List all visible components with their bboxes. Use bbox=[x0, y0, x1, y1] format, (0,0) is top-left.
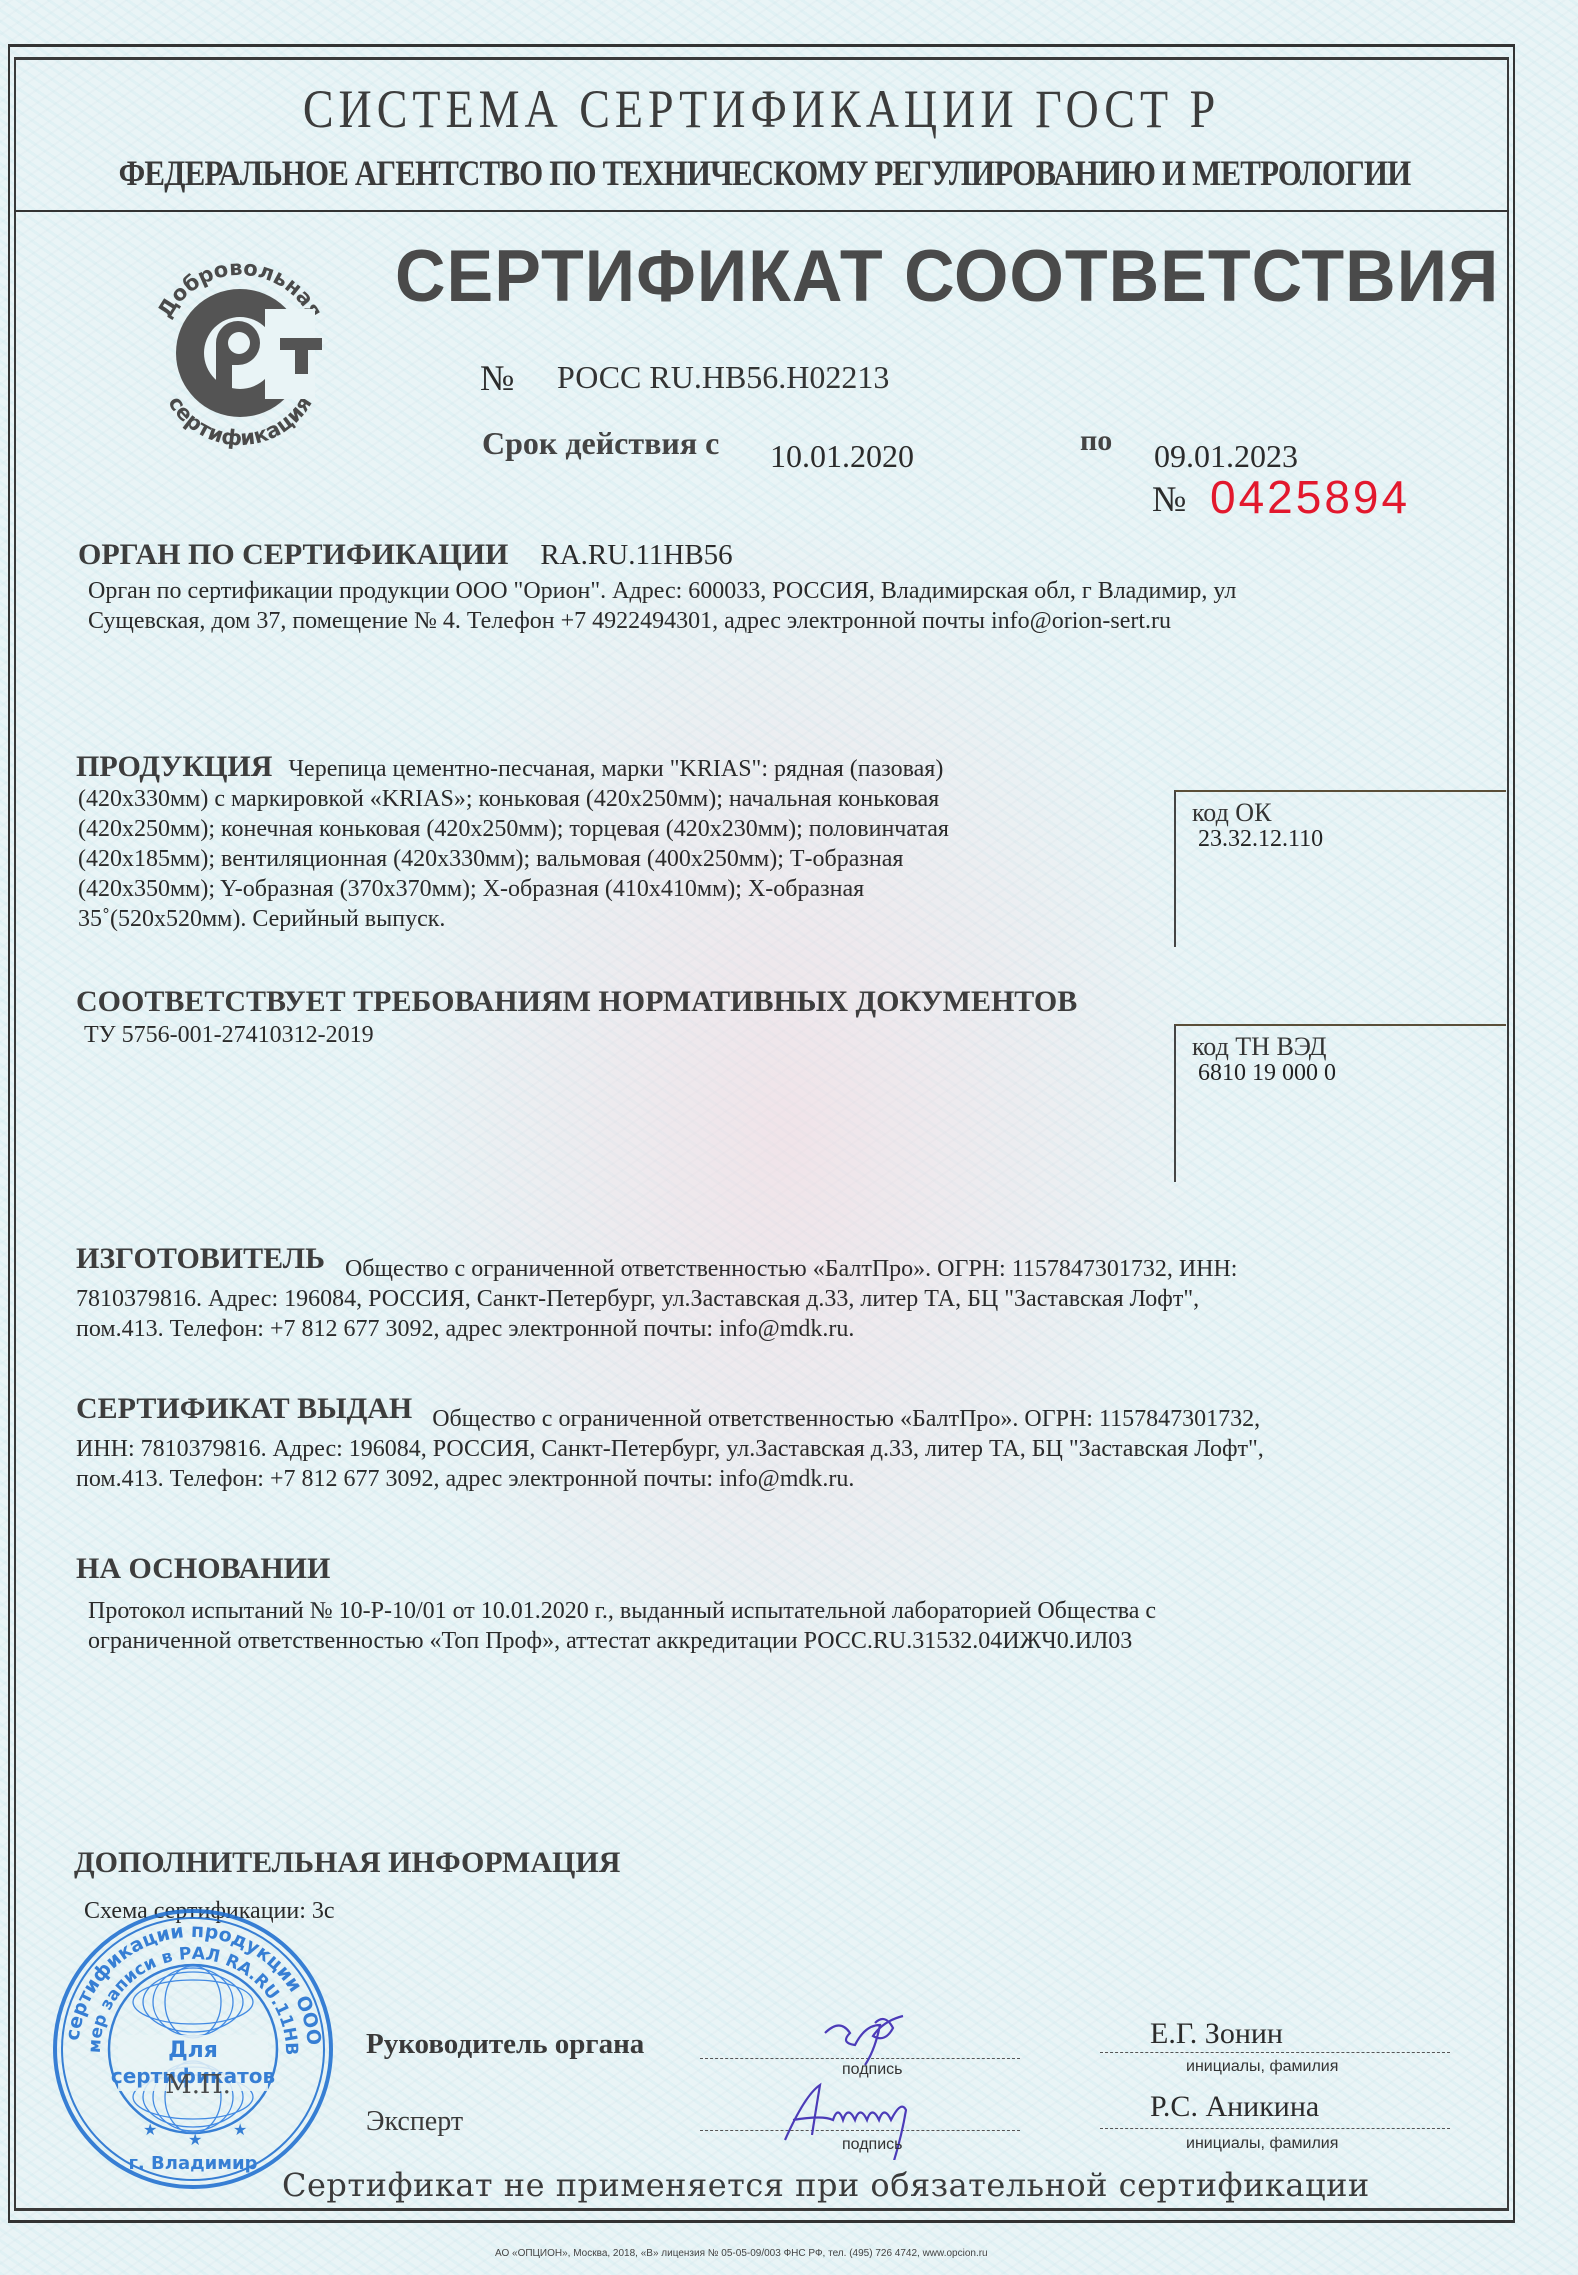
header-divider bbox=[14, 210, 1509, 212]
official-stamp: Орган по сертификации продукции ООО «Ори… bbox=[48, 1897, 338, 2197]
svg-text:Для: Для bbox=[168, 2038, 218, 2063]
signature-caption: подпись bbox=[842, 2061, 902, 2079]
cert-body-heading: ОРГАН ПО СЕРТИФИКАЦИИ bbox=[78, 538, 508, 571]
cert-body-code: RA.RU.11НВ56 bbox=[540, 539, 732, 571]
basis-details: Протокол испытаний № 10-Р-10/01 от 10.01… bbox=[88, 1596, 1488, 1656]
agency-title: ФЕДЕРАЛЬНОЕ АГЕНТСТВО ПО ТЕХНИЧЕСКОМУ РЕ… bbox=[119, 152, 1405, 194]
rst-logo-icon: Добровольная сертификация bbox=[140, 253, 340, 453]
certificate-number: РОСС RU.НВ56.Н02213 bbox=[557, 359, 889, 396]
tnved-code-box: код ТН ВЭД 6810 19 000 0 bbox=[1174, 1024, 1506, 1182]
product-heading: ПРОДУКЦИЯ bbox=[76, 750, 272, 783]
manufacturer-line: 7810379816. Адрес: 196084, РОССИЯ, Санкт… bbox=[76, 1284, 1506, 1314]
blank-serial-number: 0425894 bbox=[1210, 470, 1410, 524]
product-line: (420x350мм); Y-образная (370x370мм); Х-о… bbox=[78, 874, 1156, 904]
product-line: (420x250мм); конечная коньковая (420x250… bbox=[78, 814, 1156, 844]
basis-heading: НА ОСНОВАНИИ bbox=[76, 1552, 330, 1586]
cert-body-details: Орган по сертификации продукции ООО "Ори… bbox=[88, 576, 1488, 636]
issued-to-heading: СЕРТИФИКАТ ВЫДАН bbox=[76, 1392, 412, 1425]
expert-label: Эксперт bbox=[366, 2106, 463, 2138]
product-line: (420x185мм); вентиляционная (420x330мм);… bbox=[78, 844, 1156, 874]
okpd-code-value: 23.32.12.110 bbox=[1198, 826, 1506, 853]
conformity-heading: СООТВЕТСТВУЕТ ТРЕБОВАНИЯМ НОРМАТИВНЫХ ДО… bbox=[76, 985, 1077, 1019]
head-of-body-label: Руководитель органа bbox=[366, 2028, 644, 2061]
basis-line: ограниченной ответственностью «Топ Проф»… bbox=[88, 1626, 1488, 1656]
okpd-code-label: код ОК bbox=[1192, 798, 1506, 828]
tnved-code-value: 6810 19 000 0 bbox=[1198, 1060, 1506, 1087]
system-title: СИСТЕМА СЕРТИФИКАЦИИ ГОСТ Р bbox=[0, 77, 1523, 140]
svg-text:М.П.: М.П. bbox=[165, 2070, 231, 2100]
cert-body-line: Орган по сертификации продукции ООО "Ори… bbox=[88, 576, 1488, 606]
manufacturer-heading: ИЗГОТОВИТЕЛЬ bbox=[76, 1242, 325, 1275]
document-title: СЕРТИФИКАТ СООТВЕТСТВИЯ bbox=[395, 234, 1499, 318]
printer-imprint: АО «ОПЦИОН», Москва, 2018, «В» лицензия … bbox=[495, 2248, 988, 2259]
normative-document: ТУ 5756-001-27410312-2019 bbox=[84, 1020, 374, 1050]
manufacturer-line: пом.413. Телефон: +7 812 677 3092, адрес… bbox=[76, 1314, 1506, 1344]
tnved-code-label: код ТН ВЭД bbox=[1192, 1032, 1506, 1062]
svg-text:★: ★ bbox=[143, 2122, 157, 2139]
product-line: 35˚(520x520мм). Серийный выпуск. bbox=[78, 904, 1156, 934]
svg-text:★: ★ bbox=[188, 2132, 202, 2149]
cert-body-line: Сущевская, дом 37, помещение № 4. Телефо… bbox=[88, 606, 1488, 636]
valid-from-date: 10.01.2020 bbox=[770, 438, 914, 475]
name-caption: инициалы, фамилия bbox=[1186, 2058, 1338, 2076]
basis-line: Протокол испытаний № 10-Р-10/01 от 10.01… bbox=[88, 1596, 1488, 1626]
issued-to-line: Общество с ограниченной ответственностью… bbox=[432, 1406, 1260, 1432]
manufacturer-line: Общество с ограниченной ответственностью… bbox=[345, 1256, 1238, 1282]
issued-to-section: СЕРТИФИКАТ ВЫДАН Общество с ограниченной… bbox=[76, 1394, 1516, 1494]
additional-info-heading: ДОПОЛНИТЕЛЬНАЯ ИНФОРМАЦИЯ bbox=[74, 1846, 620, 1880]
name-caption: инициалы, фамилия bbox=[1186, 2135, 1338, 2153]
certificate-number-label: № bbox=[480, 357, 514, 399]
blank-number-label: № bbox=[1152, 478, 1186, 520]
product-line: Черепица цементно-песчаная, марки "KRIAS… bbox=[288, 756, 943, 782]
okpd-code-box: код ОК 23.32.12.110 bbox=[1174, 790, 1506, 947]
svg-text:г. Владимир: г. Владимир bbox=[129, 2153, 258, 2174]
valid-to-label: по bbox=[1080, 424, 1112, 458]
head-name-line bbox=[1100, 2052, 1450, 2053]
svg-text:★: ★ bbox=[233, 2122, 247, 2139]
validity-label: Срок действия с bbox=[482, 425, 719, 462]
expert-name: Р.С. Аникина bbox=[1150, 2090, 1319, 2124]
expert-name-line bbox=[1100, 2128, 1450, 2129]
signature-caption: подпись bbox=[842, 2136, 902, 2154]
product-line: (420x330мм) с маркировкой «KRIAS»; коньк… bbox=[78, 784, 1156, 814]
manufacturer-section: ИЗГОТОВИТЕЛЬ Общество с ограниченной отв… bbox=[76, 1244, 1506, 1344]
issued-to-line: пом.413. Телефон: +7 812 677 3092, адрес… bbox=[76, 1464, 1516, 1494]
cert-body-section: ОРГАН ПО СЕРТИФИКАЦИИ RA.RU.11НВ56 bbox=[78, 538, 733, 572]
voluntary-notice: Сертификат не применяется при обязательн… bbox=[282, 2166, 1370, 2204]
head-name: Е.Г. Зонин bbox=[1150, 2017, 1283, 2051]
product-section: ПРОДУКЦИЯ Черепица цементно-песчаная, ма… bbox=[76, 752, 1156, 934]
issued-to-line: ИНН: 7810379816. Адрес: 196084, РОССИЯ, … bbox=[76, 1434, 1516, 1464]
